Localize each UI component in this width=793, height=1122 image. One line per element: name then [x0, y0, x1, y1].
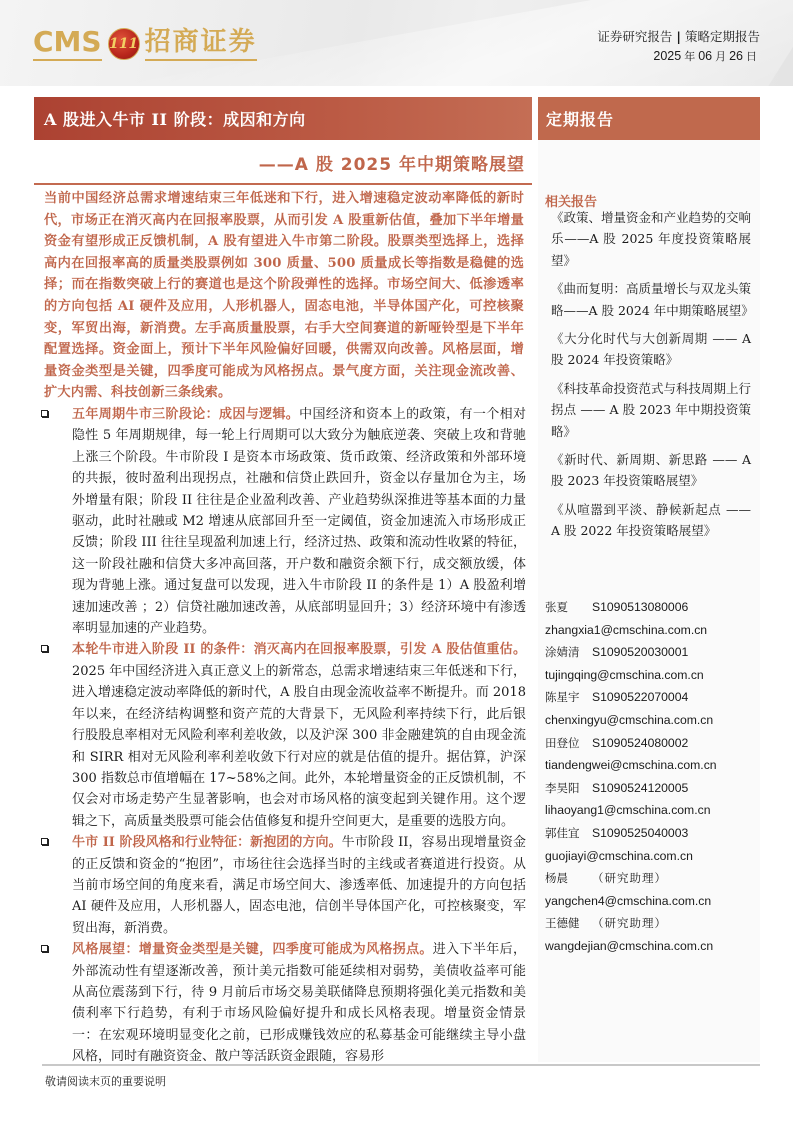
key-point-lead: 本轮牛市进入阶段 II 的条件：消灭高内在回报率股票，引发 A 股估值重估。	[72, 642, 526, 657]
analyst-name: 田登位	[545, 732, 592, 755]
analyst-role: （研究助理）	[592, 912, 667, 935]
analyst-email[interactable]: lihaoyang1@cmschina.com.cn	[545, 799, 710, 822]
analyst-email-row: zhangxia1@cmschina.com.cn	[545, 619, 755, 642]
report-title: A 股进入牛市 II 阶段：成因和方向	[44, 107, 306, 130]
analyst-license: S1090522070004	[592, 686, 688, 709]
footer-disclaimer: 敬请阅读末页的重要说明	[45, 1073, 166, 1089]
report-subtitle: ——A 股 2025 年中期策略展望	[259, 150, 525, 175]
logo-chinese: 招商证券	[145, 27, 257, 61]
footer-divider	[42, 1064, 760, 1066]
key-point-text: 中国经济和资本上的政策，有一个相对隐性 5 年周期规律，每一轮上行周期可以大致分…	[72, 407, 526, 636]
cms-logo: CMS 111 招商证券	[33, 24, 257, 64]
analyst-id-row: 郭佳宜S1090525040003	[545, 822, 755, 845]
analyst-email-row: wangdejian@cmschina.com.cn	[545, 935, 755, 958]
checkbox-bullet-icon	[41, 945, 48, 952]
related-report-link[interactable]: 《科技革命投资范式与科技周期上行拐点 —— A 股 2023 年中期投资策略》	[551, 378, 751, 442]
analyst-email-row: guojiayi@cmschina.com.cn	[545, 845, 755, 868]
logo-latin: CMS	[33, 27, 102, 61]
separator: |	[676, 29, 681, 44]
key-point: 五年周期牛市三阶段论：成因与逻辑。中国经济和资本上的政策，有一个相对隐性 5 年…	[34, 404, 526, 639]
section-label-text: 定期报告	[546, 107, 614, 130]
analyst-license: S1090524080002	[592, 732, 688, 755]
related-report-link[interactable]: 《从喧嚣到平淡、静候新起点 —— A 股 2022 年投资策略展望》	[551, 499, 751, 542]
date-month-unit: 月	[715, 50, 726, 63]
related-report-link[interactable]: 《政策、增量资金和产业趋势的交响乐——A 股 2025 年度投资策略展望》	[551, 207, 751, 271]
logo-badge-icon: 111	[108, 28, 140, 60]
analyst-email[interactable]: zhangxia1@cmschina.com.cn	[545, 619, 707, 642]
analyst-email[interactable]: chenxingyu@cmschina.com.cn	[545, 709, 713, 732]
analyst-email-row: yangchen4@cmschina.com.cn	[545, 890, 755, 913]
related-report-link[interactable]: 《新时代、新周期、新思路 —— A 股 2023 年投资策略展望》	[551, 449, 751, 492]
analyst-email[interactable]: yangchen4@cmschina.com.cn	[545, 890, 711, 913]
page-header: CMS 111 招商证券 证券研究报告|策略定期报告 2025年06月26日	[0, 0, 793, 86]
executive-summary: 当前中国经济总需求增速结束三年低迷和下行，进入增速稳定波动率降低的新时代，市场正…	[44, 188, 524, 404]
report-title-bar: A 股进入牛市 II 阶段：成因和方向	[34, 97, 532, 140]
report-type: 证券研究报告|策略定期报告	[597, 27, 760, 45]
date-month: 06	[698, 49, 712, 63]
analyst-id-row: 王德健（研究助理）	[545, 912, 755, 935]
key-point: 牛市 II 阶段风格和行业特征：新抱团的方向。牛市阶段 II，容易出现增量资金的…	[34, 832, 526, 939]
analyst-list: 张夏S1090513080006 zhangxia1@cmschina.com.…	[545, 596, 755, 958]
report-date: 2025年06月26日	[653, 48, 760, 64]
key-points: 五年周期牛市三阶段论：成因与逻辑。中国经济和资本上的政策，有一个相对隐性 5 年…	[34, 404, 526, 1068]
analyst-name: 涂婧清	[545, 641, 592, 664]
key-point-text: 进入下半年后，外部流动性有望逐渐改善，预计美元指数可能延续相对弱势，美债收益率可…	[72, 942, 526, 1064]
analyst-id-row: 田登位S1090524080002	[545, 732, 755, 755]
checkbox-bullet-icon	[41, 838, 48, 845]
analyst-license: S1090513080006	[592, 596, 688, 619]
date-year: 2025	[653, 49, 681, 63]
analyst-email-row: chenxingyu@cmschina.com.cn	[545, 709, 755, 732]
date-year-unit: 年	[684, 50, 695, 63]
analyst-license: S1090520030001	[592, 641, 688, 664]
analyst-email-row: tiandengwei@cmschina.com.cn	[545, 754, 755, 777]
key-point-lead: 五年周期牛市三阶段论：成因与逻辑。	[72, 407, 299, 422]
analyst-id-row: 陈星宇S1090522070004	[545, 686, 755, 709]
related-report-link[interactable]: 《曲而复明：高质量增长与双龙头策略——A 股 2024 年中期策略展望》	[551, 278, 751, 321]
analyst-id-row: 杨晨（研究助理）	[545, 867, 755, 890]
date-day: 26	[729, 49, 743, 63]
analyst-id-row: 张夏S1090513080006	[545, 596, 755, 619]
checkbox-bullet-icon	[41, 645, 48, 652]
key-point-lead: 风格展望：增量资金类型是关键，四季度可能成为风格拐点。	[72, 942, 433, 957]
date-day-unit: 日	[746, 50, 757, 63]
analyst-email[interactable]: guojiayi@cmschina.com.cn	[545, 845, 693, 868]
related-reports-list: 《政策、增量资金和产业趋势的交响乐——A 股 2025 年度投资策略展望》 《曲…	[551, 207, 751, 549]
key-point: 风格展望：增量资金类型是关键，四季度可能成为风格拐点。进入下半年后，外部流动性有…	[34, 939, 526, 1067]
analyst-name: 陈星宇	[545, 686, 592, 709]
key-point: 本轮牛市进入阶段 II 的条件：消灭高内在回报率股票，引发 A 股估值重估。20…	[34, 639, 526, 832]
related-report-link[interactable]: 《大分化时代与大创新周期 —— A 股 2024 年投资策略》	[551, 328, 751, 371]
sidebar-section-label: 定期报告	[538, 97, 760, 140]
report-category: 证券研究报告	[597, 29, 672, 44]
analyst-name: 张夏	[545, 596, 592, 619]
analyst-email-row: lihaoyang1@cmschina.com.cn	[545, 799, 755, 822]
analyst-email[interactable]: tujingqing@cmschina.com.cn	[545, 664, 704, 687]
analyst-email[interactable]: wangdejian@cmschina.com.cn	[545, 935, 713, 958]
summary-divider	[34, 183, 532, 185]
key-point-lead: 牛市 II 阶段风格和行业特征：新抱团的方向。	[72, 835, 342, 850]
analyst-name: 王德健	[545, 912, 592, 935]
analyst-email-row: tujingqing@cmschina.com.cn	[545, 664, 755, 687]
analyst-email[interactable]: tiandengwei@cmschina.com.cn	[545, 754, 717, 777]
analyst-role: （研究助理）	[592, 867, 667, 890]
analyst-license: S1090525040003	[592, 822, 688, 845]
report-subtype: 策略定期报告	[685, 29, 760, 44]
analyst-name: 杨晨	[545, 867, 592, 890]
key-point-text: 牛市阶段 II，容易出现增量资金的正反馈和资金的“抱团”，市场往往会选择当时的主…	[72, 835, 526, 936]
key-point-text: 2025 年中国经济进入真正意义上的新常态，总需求增速结束三年低迷和下行，进入增…	[72, 664, 526, 829]
analyst-id-row: 李昊阳S1090524120005	[545, 777, 755, 800]
analyst-name: 李昊阳	[545, 777, 592, 800]
analyst-license: S1090524120005	[592, 777, 688, 800]
checkbox-bullet-icon	[41, 410, 48, 417]
analyst-id-row: 涂婧清S1090520030001	[545, 641, 755, 664]
analyst-name: 郭佳宜	[545, 822, 592, 845]
